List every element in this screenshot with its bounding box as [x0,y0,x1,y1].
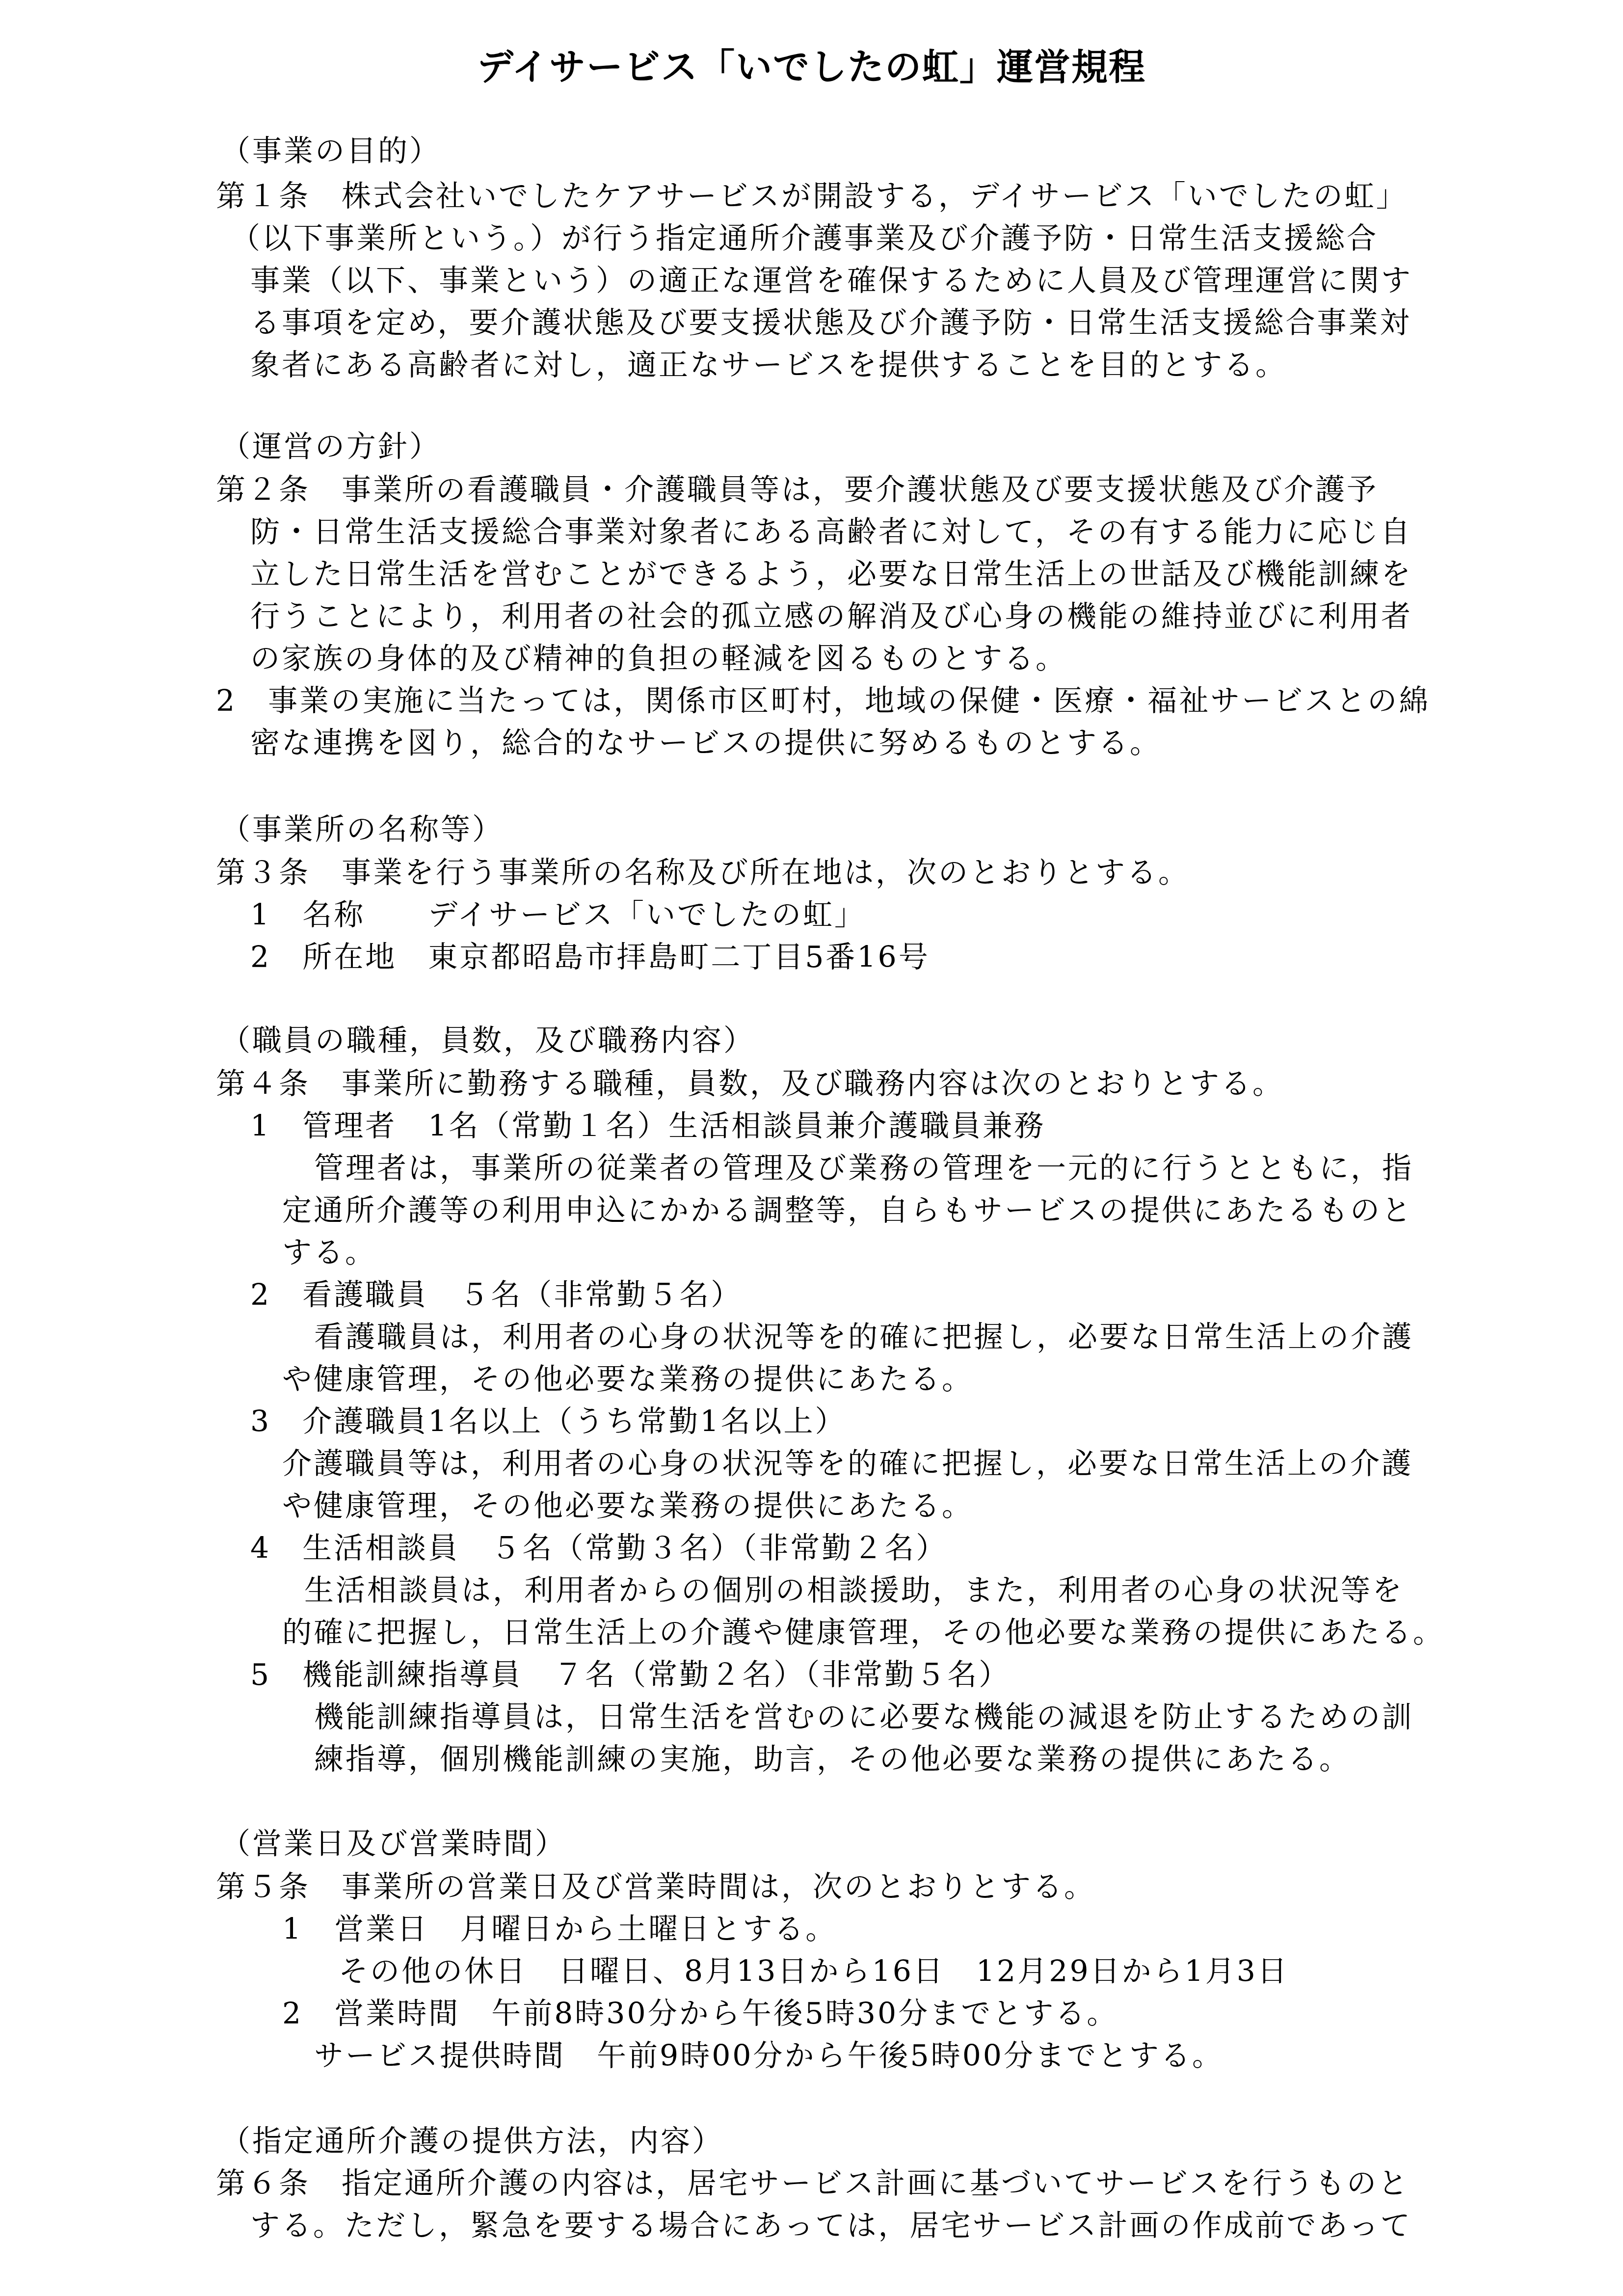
staff-counselor: 4 生活相談員 ５名（常勤３名）（非常勤２名） [250,1529,947,1568]
article-2-line: 密な連携を図り，総合的なサービスの提供に努めるものとする。 [250,724,1161,763]
article-4-line: や健康管理，その他必要な業務の提供にあたる。 [282,1486,973,1526]
article-2-line: 立した日常生活を営むことができるよう，必要な日常生活上の世話及び機能訓練を [250,555,1412,594]
article-4-line: 看護職員は，利用者の心身の状況等を的確に把握し，必要な日常生活上の介護 [314,1318,1413,1357]
article-2-line: 行うことにより，利用者の社会的孤立感の解消及び心身の機能の維持並びに利用者 [250,597,1412,636]
document-title: デイサービス「いでしたの虹」運営規程 [0,38,1623,90]
article-4-line: する。 [282,1233,376,1272]
service-hours: サービス提供時間 午前9時00分から午後5時00分までとする。 [314,2036,1224,2076]
article-4-line: 機能訓練指導員は，日常生活を営むのに必要な機能の減退を防止するための訓 [314,1698,1413,1737]
article-5-line: 第５条 事業所の営業日及び営業時間は，次のとおりとする。 [216,1867,1095,1907]
article-1-line: 象者にある高齢者に対し，適正なサービスを提供することを目的とする。 [250,346,1287,385]
facility-address: 2 所在地 東京都昭島市拝島町二丁目5番16号 [250,938,930,977]
article-2-heading: （運営の方針） [221,427,441,466]
staff-manager: 1 管理者 1名（常勤１名）生活相談員兼介護職員兼務 [250,1107,1045,1146]
article-4-heading: （職員の職種，員数，及び職務内容） [221,1021,755,1060]
article-5-heading: （営業日及び営業時間） [221,1824,566,1864]
staff-caregiver: 3 介護職員1名以上（うち常勤1名以上） [250,1402,847,1441]
article-4-line: 定通所介護等の利用申込にかかる調整等，自らもサービスの提供にあたるものと [282,1191,1413,1230]
article-3-line: 第３条 事業を行う事業所の名称及び所在地は，次のとおりとする。 [216,853,1190,892]
staff-trainer: 5 機能訓練指導員 ７名（常勤２名）（非常勤５名） [250,1655,1010,1695]
facility-name: 1 名称 デイサービス「いでしたの虹」 [250,895,866,935]
article-1-heading: （事業の目的） [221,132,441,171]
article-4-line: 的確に把握し，日常生活上の介護や健康管理，その他必要な業務の提供にあたる。 [282,1613,1444,1652]
business-days: 1 営業日 月曜日から土曜日とする。 [282,1910,837,1949]
article-1-line: る事項を定め，要介護状態及び要支援状態及び介護予防・日常生活支援総合事業対 [250,303,1411,343]
article-4-line: 介護職員等は，利用者の心身の状況等を的確に把握し，必要な日常生活上の介護 [282,1444,1413,1484]
article-1-line: （以下事業所という。）が行う指定通所介護事業及び介護予防・日常生活支援総合 [231,219,1378,258]
article-2-line: 防・日常生活支援総合事業対象者にある高齢者に対して，その有する能力に応じ自 [250,513,1412,552]
article-6-line: する。ただし，緊急を要する場合にあっては，居宅サービス計画の作成前であって [250,2206,1412,2245]
article-1-line: 第１条 株式会社いでしたケアサービスが開設する，デイサービス「いでしたの虹」 [216,177,1408,216]
article-4-line: 生活相談員は，利用者からの個別の相談援助，また，利用者の心身の状況等を [304,1571,1404,1610]
staff-nurse: 2 看護職員 ５名（非常勤５名） [250,1275,742,1315]
article-6-heading: （指定通所介護の提供方法，内容） [221,2122,723,2161]
article-3-heading: （事業所の名称等） [221,810,504,849]
article-2-line: の家族の身体的及び精神的負担の軽減を図るものとする。 [250,639,1067,678]
article-6-line: 第６条 指定通所介護の内容は，居宅サービス計画に基づいてサービスを行うものと [216,2164,1410,2203]
article-2-line: 第２条 事業所の看護職員・介護職員等は，要介護状態及び要支援状態及び介護予 [216,470,1378,510]
business-hours: 2 営業時間 午前8時30分から午後5時30分までとする。 [282,1994,1118,2033]
article-1-line: 事業（以下、事業という）の適正な運営を確保するために人員及び管理運営に関す [250,261,1412,300]
article-4-line: 管理者は，事業所の従業者の管理及び業務の管理を一元的に行うとともに，指 [314,1149,1413,1188]
article-4-line: 練指導，個別機能訓練の実施，助言，その他必要な業務の提供にあたる。 [314,1740,1351,1779]
article-2-paragraph-2: 2 事業の実施に当たっては，関係市区町村，地域の保健・医療・福祉サービスとの綿 [216,681,1430,721]
article-4-line: 第４条 事業所に勤務する職種，員数，及び職務内容は次のとおりとする。 [216,1064,1284,1104]
article-4-line: や健康管理，その他必要な業務の提供にあたる。 [282,1360,973,1399]
holidays: その他の休日 日曜日、8月13日から16日 12月29日から1月3日 [339,1952,1289,1991]
